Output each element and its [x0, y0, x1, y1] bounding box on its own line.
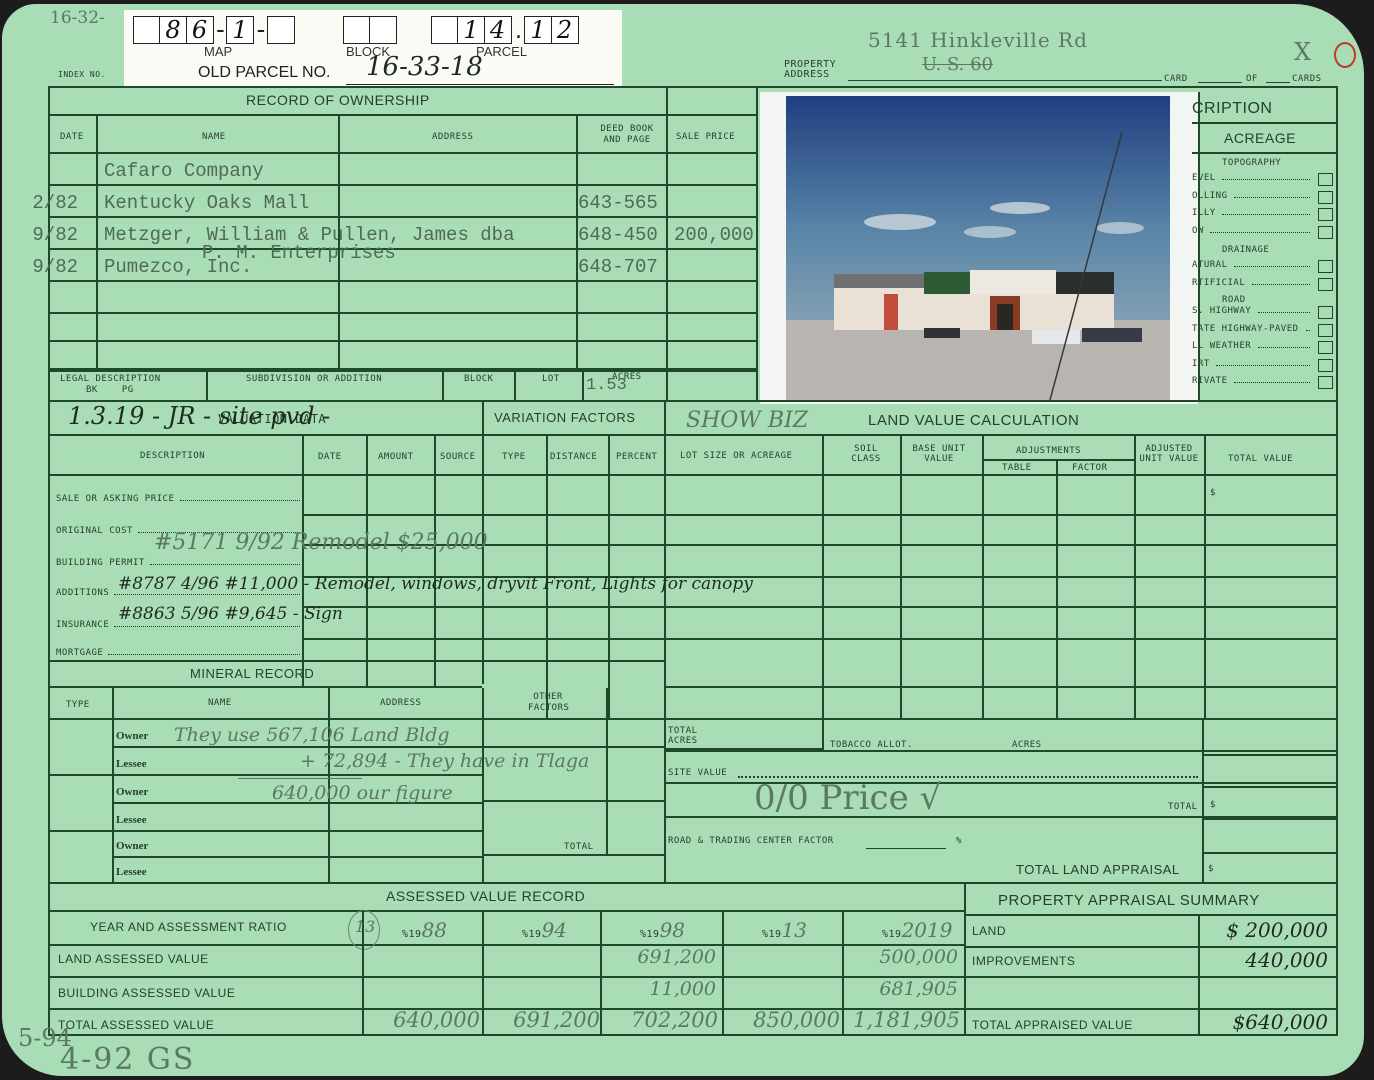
parcel-label-strip: 86-1- MAP BLOCK 14.12 PARCEL OLD PARCEL … — [124, 10, 622, 86]
land-lower-right-col — [1202, 718, 1204, 884]
checklist-item-label: OLLING — [1192, 191, 1320, 201]
total-acres-right-rule — [822, 718, 824, 750]
card-label: CARD — [1164, 74, 1188, 84]
legal-rule-3 — [514, 368, 516, 400]
summary-row-label: TOTAL APPRAISED VALUE — [972, 1018, 1133, 1032]
address-underline — [848, 80, 1162, 81]
land-lower-rule-3 — [1202, 818, 1338, 820]
price-right-rule — [756, 86, 758, 400]
site-value-label: SITE VALUE — [668, 768, 727, 778]
col-factor: FACTOR — [1072, 463, 1108, 473]
checklist-item-label: RIVATE — [1192, 376, 1320, 386]
grid-col-rule — [366, 436, 368, 686]
name-col-rule — [338, 116, 340, 368]
owner-sale-price: 200,000 — [674, 224, 754, 246]
date-col-rule — [96, 116, 98, 368]
checkbox[interactable] — [1318, 324, 1333, 337]
land-lower-rule-4 — [1202, 852, 1338, 854]
year-value: 98 — [660, 918, 685, 942]
old-parcel-label: OLD PARCEL NO. — [198, 64, 330, 82]
checkbox[interactable] — [1318, 306, 1333, 319]
grid-row-rule — [302, 638, 1338, 640]
assessed-rule-2 — [48, 976, 966, 978]
mineral-role: Lessee — [116, 814, 147, 826]
ownership-row-rule — [48, 340, 758, 342]
description-title-rule — [1192, 122, 1338, 124]
total-value-dollar: $ — [1210, 488, 1216, 498]
col-amount: AMOUNT — [378, 452, 414, 462]
road-factor-percent: % — [956, 836, 962, 846]
digit-box: 8 — [159, 16, 187, 44]
mineral-row-rule — [112, 856, 482, 858]
total-assessed-value: 850,000 — [724, 1008, 840, 1032]
right-rule — [1336, 86, 1338, 1034]
valuation-col-rule — [48, 474, 1338, 476]
assessed-year: %1994 — [522, 918, 567, 942]
parcel-number-boxes: 14.12 — [432, 16, 579, 44]
building-assessed-value: 11,000 — [604, 978, 716, 1000]
ownership-right-rule — [666, 86, 668, 400]
mineral-role: Lessee — [116, 758, 147, 770]
digit-box: 2 — [551, 16, 579, 44]
valuation-row-label: BUILDING PERMIT — [56, 558, 145, 568]
land-assessed-value: 691,200 — [604, 946, 716, 968]
year-prefix: %19 — [522, 929, 542, 940]
section-label: DRAINAGE — [1222, 245, 1269, 255]
col-total-value: TOTAL VALUE — [1228, 454, 1293, 464]
land-value-left-rule — [664, 400, 666, 884]
summary-value-rule — [1198, 914, 1200, 1034]
road-factor-line — [866, 848, 946, 849]
year-prefix: %19 — [640, 929, 660, 940]
total-land-dollar: $ — [1208, 864, 1214, 874]
subdivision-label: SUBDIVISION OR ADDITION — [246, 374, 382, 384]
total-assessed-value: 691,200 — [484, 1008, 600, 1032]
assessed-title: ASSESSED VALUE RECORD — [386, 888, 585, 904]
total-acres-label: TOTAL ACRES — [668, 726, 708, 746]
summary-left-rule — [964, 882, 966, 1034]
col-percent: PERCENT — [616, 452, 657, 462]
assessed-year: %192019 — [882, 918, 952, 942]
checkbox[interactable] — [1318, 359, 1333, 372]
leader-dots — [108, 654, 300, 655]
valuation-header-rule — [48, 434, 1338, 436]
checklist-item-label: EVEL — [1192, 173, 1320, 183]
year-prefix: %19 — [882, 929, 902, 940]
col-address: ADDRESS — [432, 132, 473, 142]
checklist-item-label: ATURAL — [1192, 260, 1320, 270]
owner-deed: 643-565 — [578, 192, 658, 214]
assessed-row-building: BUILDING ASSESSED VALUE — [58, 986, 235, 1000]
address-col-rule — [576, 116, 578, 368]
checkbox[interactable] — [1318, 173, 1333, 186]
legal-description-label: LEGAL DESCRIPTION — [60, 374, 161, 384]
leader-dots — [180, 500, 300, 501]
col-sale-price: SALE PRICE — [676, 132, 735, 142]
checkbox[interactable] — [1318, 208, 1333, 221]
old-parcel-value: 16-33-18 — [366, 52, 483, 82]
leader-dots — [1234, 197, 1310, 198]
total-land-appraisal-label: TOTAL LAND APPRAISAL — [1016, 862, 1180, 877]
building-assessed-value: 681,905 — [846, 978, 958, 1000]
owner-deed: 648-450 — [578, 224, 658, 246]
grid-row-rule — [302, 514, 1338, 516]
col-base-unit: BASE UNIT VALUE — [906, 444, 972, 464]
digit-box: 4 — [484, 16, 512, 44]
col-lot-size: LOT SIZE OR ACREAGE — [680, 451, 792, 461]
land-value-title: LAND VALUE CALCULATION — [868, 412, 1079, 429]
owner-name: Kentucky Oaks Mall — [104, 192, 309, 214]
mineral-col-type: TYPE — [66, 700, 90, 710]
mineral-note-3: 640,000 our figure — [272, 782, 453, 804]
bk-pg-label: BKPG — [58, 385, 134, 395]
summary-row-value: $640,000 — [1202, 1010, 1328, 1034]
mineral-role: Owner — [116, 786, 148, 798]
col-table: TABLE — [1002, 463, 1032, 473]
block-number-boxes — [344, 16, 397, 44]
legal-block-label: BLOCK — [464, 374, 494, 384]
assessed-row-year: YEAR AND ASSESSMENT RATIO — [90, 920, 287, 934]
ownership-row-rule — [48, 184, 758, 186]
leader-dots — [1210, 232, 1310, 233]
checklist-item-label: IRT — [1192, 359, 1320, 369]
col-type: TYPE — [502, 452, 526, 462]
assessed-year: %1913 — [762, 918, 807, 942]
checkbox[interactable] — [1318, 226, 1333, 239]
top-rule — [48, 86, 1338, 88]
mineral-note-2: + 72,894 - They have in Tlaga — [300, 750, 589, 772]
property-address-line1: 5141 Hinkleville Rd — [868, 28, 1088, 52]
checkbox[interactable] — [1318, 376, 1333, 389]
checklist-item-label: LL WEATHER — [1192, 341, 1320, 351]
leader-dots — [1252, 284, 1310, 285]
mineral-col-name: NAME — [208, 698, 232, 708]
property-record-card: 16-32- INDEX NO. 86-1- MAP BLOCK 14.12 P… — [2, 4, 1364, 1076]
mineral-row-rule — [48, 830, 482, 832]
ownership-title: RECORD OF OWNERSHIP — [246, 92, 430, 108]
land-grid-col-rule — [822, 436, 824, 718]
land-assessed-value: 500,000 — [846, 946, 958, 968]
digit-box: 1 — [226, 16, 254, 44]
col-adjustments: ADJUSTMENTS — [1016, 446, 1081, 456]
land-total-label: TOTAL — [1168, 802, 1198, 812]
mineral-col-rule — [606, 688, 608, 856]
other-factors-rule — [482, 746, 666, 748]
land-grid-col-rule — [1204, 436, 1206, 718]
site-value-note: 0/0 Price √ — [754, 778, 941, 818]
valuation-row-label: MORTGAGE — [56, 648, 103, 658]
ownership-header-rule — [48, 114, 758, 116]
land-grid-col-rule — [900, 436, 902, 718]
assessed-rule-1 — [48, 944, 966, 946]
land-lower-top-rule — [666, 718, 1338, 720]
summary-row-rule — [964, 976, 1338, 978]
digit-box — [431, 16, 459, 44]
checklist-item-label: S. HIGHWAY — [1192, 306, 1320, 316]
mineral-role: Owner — [116, 840, 148, 852]
acres-value: 1.53 — [586, 376, 627, 395]
of-label: OF — [1246, 74, 1258, 84]
section-label: TOPOGRAPHY — [1222, 158, 1281, 168]
col-soil-class: SOIL CLASS — [850, 444, 882, 464]
owner-date: 9/82 — [26, 256, 78, 278]
leader-dots — [1222, 214, 1310, 215]
legal-top-rule — [48, 368, 758, 370]
checkbox[interactable] — [1318, 191, 1333, 204]
mineral-col-address: ADDRESS — [380, 698, 421, 708]
total-assessed-value: 1,181,905 — [844, 1008, 960, 1032]
checklist-item-label: ILLY — [1192, 208, 1320, 218]
owner-date: 2/82 — [26, 192, 78, 214]
grid-col-rule — [302, 436, 304, 686]
summary-row-label: IMPROVEMENTS — [972, 954, 1075, 968]
mineral-row-rule — [48, 774, 482, 776]
col-date: DATE — [60, 132, 84, 142]
valuation-row-label: ORIGINAL COST — [56, 526, 133, 536]
acreage-rule — [1192, 152, 1338, 154]
checklist-item-label: OW — [1192, 226, 1320, 236]
mineral-role: Lessee — [116, 866, 147, 878]
building-photo-image — [760, 92, 1198, 404]
map-number-boxes: 86-1- — [134, 16, 295, 44]
tobacco-acres-label: ACRES — [1012, 740, 1042, 750]
col-source: SOURCE — [440, 452, 476, 462]
leader-dots — [114, 594, 300, 595]
corner-x-mark: X — [1294, 38, 1311, 66]
parcel-label: PARCEL — [476, 44, 527, 59]
mineral-note-1: They use 567,106 Land Bldg — [174, 724, 450, 746]
year-value: 88 — [422, 918, 447, 942]
assessed-top-rule — [48, 882, 1338, 884]
digit-box: 1 — [524, 16, 552, 44]
valuation-row-label: INSURANCE — [56, 620, 109, 630]
owner-dba-name: P. M. Enterprises — [202, 242, 396, 264]
year-prefix: %19 — [762, 929, 782, 940]
year-prefix: %19 — [402, 929, 422, 940]
legal-rule-4 — [582, 368, 584, 400]
leader-dots — [1258, 347, 1310, 348]
land-grid-row-rule — [666, 606, 1338, 608]
building-permit-note: #5171 9/92 Remodel $25,000 — [154, 530, 488, 555]
assessed-row-land: LAND ASSESSED VALUE — [58, 952, 209, 966]
summary-row-label: LAND — [972, 924, 1006, 938]
land-grid-col-rule — [1134, 436, 1136, 718]
checklist-item-label: RTIFICIAL — [1192, 278, 1320, 288]
cards-total-line — [1266, 82, 1290, 83]
land-lower-rule-1 — [1202, 754, 1338, 756]
ownership-col-rule — [48, 152, 758, 154]
year-value: 2019 — [902, 918, 953, 942]
land-description-title: CRIPTION — [1192, 100, 1272, 118]
cards-label: CARDS — [1292, 74, 1322, 84]
leader-dots — [1234, 266, 1310, 267]
circled-note: 13 — [348, 910, 380, 950]
summary-row-value: $ 200,000 — [1202, 918, 1328, 942]
assessed-row-total: TOTAL ASSESSED VALUE — [58, 1018, 214, 1032]
ownership-row-rule — [48, 216, 758, 218]
road-factor-label: ROAD & TRADING CENTER FACTOR — [668, 836, 834, 846]
other-factors-rule — [482, 800, 666, 802]
property-address-line2: U. S. 60 — [922, 54, 993, 75]
assessed-year: %1998 — [640, 918, 685, 942]
land-grid-col-rule — [982, 436, 984, 718]
total-assessed-value: 702,200 — [602, 1008, 718, 1032]
old-parcel-underline — [346, 84, 614, 85]
digit-box: 1 — [457, 16, 485, 44]
valuation-row-label: SALE OR ASKING PRICE — [56, 494, 174, 504]
summary-row-value: 440,000 — [1202, 948, 1328, 972]
tobacco-label: TOBACCO ALLOT. — [830, 740, 913, 750]
mineral-title: MINERAL RECORD — [190, 666, 314, 681]
pg-label: PG — [122, 385, 134, 395]
col-deed: DEED BOOK AND PAGE — [592, 124, 662, 146]
digit-box — [267, 16, 295, 44]
legal-lot-label: LOT — [542, 374, 560, 384]
land-grid-col-rule — [1056, 460, 1058, 718]
leader-dots — [1234, 382, 1310, 383]
col-adjusted-unit: ADJUSTED UNIT VALUE — [1134, 444, 1204, 464]
additions-note: #8787 4/96 #11,000 - Remodel, windows, d… — [118, 574, 753, 594]
footer-note-2: 4-92 GS — [60, 1042, 195, 1076]
variation-total-label: TOTAL — [564, 842, 594, 852]
adjustments-sub-rule — [982, 459, 1134, 461]
description-left-rule — [1198, 92, 1200, 400]
col-distance: DISTANCE — [550, 452, 597, 462]
assessed-header-rule — [48, 910, 966, 912]
ownership-row-rule — [48, 370, 758, 372]
acreage-label: ACREAGE — [1224, 130, 1296, 146]
other-factors-label: OTHER FACTORS — [528, 692, 568, 714]
digit-box — [133, 16, 161, 44]
total-assessed-value: 640,000 — [364, 1008, 480, 1032]
business-note: SHOW BIZ — [686, 408, 808, 433]
leader-dots — [1222, 179, 1310, 180]
valuation-row-label: ADDITIONS — [56, 588, 109, 598]
legal-rule-2 — [442, 368, 444, 400]
col-description: DESCRIPTION — [140, 451, 205, 461]
checkbox[interactable] — [1318, 341, 1333, 354]
col-val-date: DATE — [318, 452, 342, 462]
legal-rule-1 — [206, 368, 208, 400]
map-label: MAP — [204, 44, 232, 59]
index-prefix: 16-32- — [50, 8, 105, 28]
checklist-item-label: TATE HIGHWAY-PAVED — [1192, 324, 1320, 334]
tobacco-line — [932, 750, 1004, 751]
leader-dots — [1216, 365, 1310, 366]
year-value: 94 — [542, 918, 567, 942]
summary-title: PROPERTY APPRAISAL SUMMARY — [998, 892, 1260, 909]
grid-col-rule — [434, 436, 436, 686]
variation-title: VARIATION FACTORS — [494, 410, 635, 425]
leader-dots — [1306, 330, 1310, 331]
total-acres-rule — [666, 748, 824, 750]
owner-deed: 648-707 — [578, 256, 658, 278]
ownership-row-rule — [48, 280, 758, 282]
valuation-handwritten-note: 1.3.19 - JR - site pvd - — [68, 402, 330, 430]
property-address-label: PROPERTY ADDRESS — [784, 60, 854, 80]
red-circle-mark-icon — [1334, 42, 1356, 68]
owner-date: 9/82 — [26, 224, 78, 246]
land-total-dollar: $ — [1210, 800, 1216, 810]
owner-name: Cafaro Company — [104, 160, 264, 182]
property-photo — [760, 92, 1198, 404]
mineral-col-rule — [48, 718, 666, 720]
year-value: 13 — [782, 918, 807, 942]
index-label: INDEX NO. — [58, 70, 106, 79]
mineral-role: Owner — [116, 730, 148, 742]
assessed-year: %1988 — [402, 918, 447, 942]
other-factors-rule — [482, 854, 666, 856]
leader-dots — [150, 564, 300, 565]
bottom-rule — [48, 1034, 1338, 1036]
digit-box — [343, 16, 371, 44]
leader-dots — [1258, 312, 1310, 313]
land-grid-row-rule — [666, 686, 1338, 688]
col-name: NAME — [202, 132, 226, 142]
mineral-top-rule — [48, 660, 666, 662]
mineral-sum-line — [238, 778, 362, 779]
ownership-row-rule — [48, 312, 758, 314]
bk-label: BK — [86, 385, 98, 395]
land-lower-rule-2 — [1202, 786, 1338, 788]
circled-note-text: 13 — [355, 917, 375, 936]
leader-dots — [114, 626, 300, 627]
insurance-note: #8863 5/96 #9,645 - Sign — [118, 604, 343, 624]
digit-box — [369, 16, 397, 44]
section-label: ROAD — [1222, 295, 1246, 305]
digit-box: 6 — [186, 16, 214, 44]
summary-header-rule — [964, 914, 1338, 916]
checkbox[interactable] — [1318, 278, 1333, 291]
mineral-row-rule — [112, 746, 482, 748]
ownership-row-rule — [48, 248, 758, 250]
card-number-line — [1198, 82, 1242, 83]
checkbox[interactable] — [1318, 260, 1333, 273]
